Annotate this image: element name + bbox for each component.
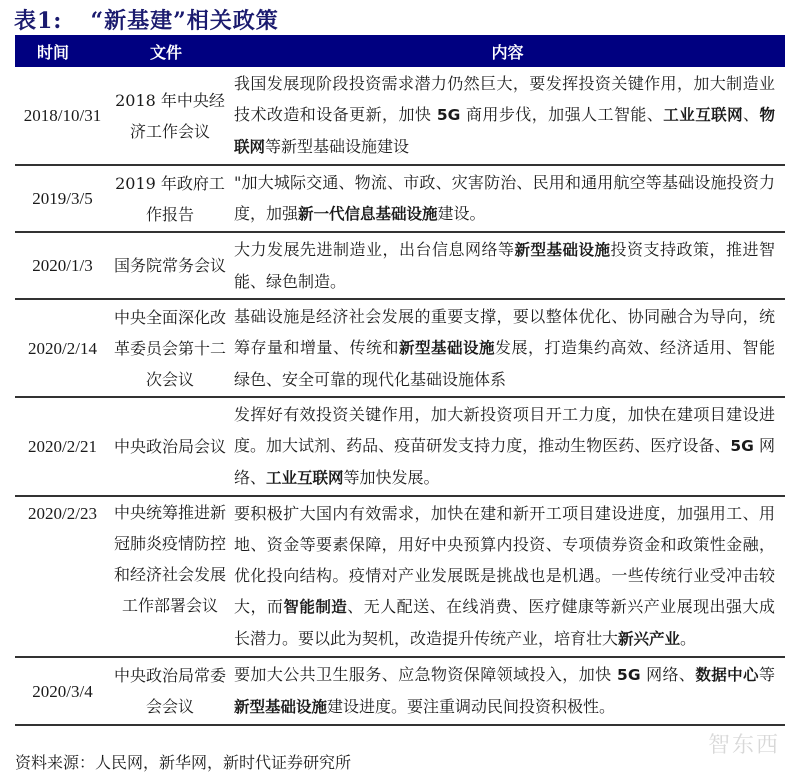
content-text: 等加快发展。 [344, 468, 440, 487]
highlight-term: 新型基础设施 [514, 241, 610, 259]
cell-date: 2020/2/23 [15, 496, 110, 657]
table-row: 2020/1/3国务院常务会议大力发展先进制造业，出台信息网络等新型基础设施投资… [15, 232, 785, 299]
cell-document: 中央统筹推进新冠肺炎疫情防控和经济社会发展工作部署会议 [110, 496, 230, 657]
content-text: 。 [680, 629, 696, 648]
content-text: 要加大公共卫生服务、应急物资保障领域投入，加快 [234, 665, 617, 684]
cell-date: 2020/2/21 [15, 397, 110, 496]
table-number: 表1: [14, 8, 62, 34]
table-row: 2020/2/14中央全面深化改革委员会第十二次会议基础设施是经济社会发展的重要… [15, 299, 785, 397]
content-text: 、 [743, 105, 759, 124]
content-text: 商用步伐，加强人工智能、 [460, 105, 663, 124]
highlight-term: 数据中心 [695, 666, 759, 684]
cell-document: 中央全面深化改革委员会第十二次会议 [110, 299, 230, 397]
header-document: 文件 [110, 35, 230, 67]
table-header-row: 时间 文件 内容 [15, 35, 785, 67]
content-text: 大力发展先进制造业，出台信息网络等 [234, 240, 514, 259]
cell-date: 2020/3/4 [15, 657, 110, 725]
table-row: 2020/2/21中央政治局会议发挥好有效投资关键作用，加大新投资项目开工力度，… [15, 397, 785, 496]
cell-date: 2020/2/14 [15, 299, 110, 397]
cell-content: 要加大公共卫生服务、应急物资保障领域投入，加快 5G 网络、数据中心等新型基础设… [230, 657, 785, 725]
highlight-term: 新型基础设施 [399, 339, 495, 357]
content-text: 等 [759, 665, 775, 684]
cell-document: 国务院常务会议 [110, 232, 230, 299]
content-text: 建设进度。要注重调动民间投资积极性。 [327, 697, 615, 716]
cell-content: 大力发展先进制造业，出台信息网络等新型基础设施投资支持政策，推进智能、绿色制造。 [230, 232, 785, 299]
watermark-logo: 智东西 [708, 728, 780, 759]
content-text: 建设。 [438, 204, 486, 223]
highlight-term: 5G [617, 666, 641, 684]
table-row: 2020/3/4中央政治局常委会会议要加大公共卫生服务、应急物资保障领域投入，加… [15, 657, 785, 725]
highlight-term: 5G [437, 106, 461, 124]
cell-content: 基础设施是经济社会发展的重要支撑，要以整体优化、协同融合为导向，统筹存量和增量、… [230, 299, 785, 397]
cell-document: 中央政治局会议 [110, 397, 230, 496]
cell-content: "加大城际交通、物流、市政、灾害防治、民用和通用航空等基础设施投资力度，加强新一… [230, 165, 785, 232]
content-text: 等新型基础设施建设 [265, 137, 409, 156]
cell-content: 发挥好有效投资关键作用，加大新投资项目开工力度，加快在建项目建设进度。加大试剂、… [230, 397, 785, 496]
cell-content: 我国发展现阶段投资需求潜力仍然巨大，要发挥投资关键作用，加大制造业技术改造和设备… [230, 67, 785, 165]
table-row: 2019/3/52019 年政府工作报告"加大城际交通、物流、市政、灾害防治、民… [15, 165, 785, 232]
content-text: 网络、 [641, 665, 696, 684]
table-row: 2020/2/23中央统筹推进新冠肺炎疫情防控和经济社会发展工作部署会议要积极扩… [15, 496, 785, 657]
table-title-text: “新基建”相关政策 [90, 8, 278, 34]
highlight-term: 工业互联网 [266, 469, 344, 487]
cell-document: 中央政治局常委会会议 [110, 657, 230, 725]
highlight-term: 新兴产业 [618, 630, 680, 648]
highlight-term: 5G [730, 437, 754, 455]
cell-document: 2019 年政府工作报告 [110, 165, 230, 232]
cell-date: 2019/3/5 [15, 165, 110, 232]
header-content: 内容 [230, 35, 785, 67]
highlight-term: 新一代信息基础设施 [298, 205, 438, 223]
content-text: 发挥好有效投资关键作用，加大新投资项目开工力度，加快在建项目建设进度。加大试剂、… [234, 405, 775, 455]
cell-date: 2018/10/31 [15, 67, 110, 165]
source-note: 资料来源：人民网，新华网，新时代证券研究所 [15, 750, 351, 773]
highlight-term: 新型基础设施 [234, 698, 327, 716]
highlight-term: 工业互联网 [663, 106, 743, 124]
highlight-term: 智能制造 [283, 598, 347, 616]
cell-content: 要积极扩大国内有效需求，加快在建和新开工项目建设进度，加强用工、用地、资金等要素… [230, 496, 785, 657]
table-title: 表1:“新基建”相关政策 [14, 4, 279, 35]
table-row: 2018/10/312018 年中央经济工作会议我国发展现阶段投资需求潜力仍然巨… [15, 67, 785, 165]
policy-table: 时间 文件 内容 2018/10/312018 年中央经济工作会议我国发展现阶段… [15, 35, 785, 726]
cell-document: 2018 年中央经济工作会议 [110, 67, 230, 165]
header-date: 时间 [15, 35, 110, 67]
cell-date: 2020/1/3 [15, 232, 110, 299]
